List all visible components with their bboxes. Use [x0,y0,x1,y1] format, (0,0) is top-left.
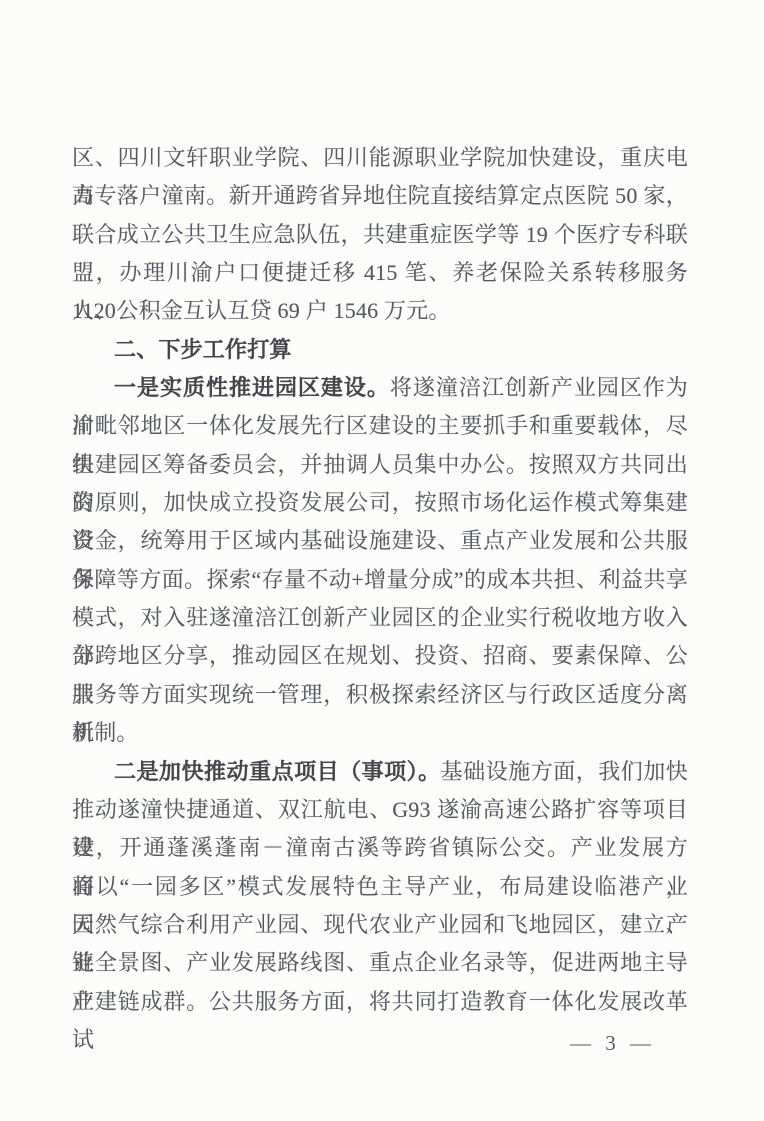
text-line: 机制。 [72,714,688,752]
text-line: 人、公积金互认互贷 69 户 1546 万元。 [72,292,688,330]
document-body: 区、四川文轩职业学院、四川能源职业学院加快建设，重庆电力高专落户潼南。新开通跨省… [72,139,688,1021]
text-line: 天然气综合利用产业园、现代农业产业园和飞地园区，建立产业 [72,906,688,944]
bold-lead-in: 二是加快推动重点项目（事项）。 [114,759,441,784]
document-page: 区、四川文轩职业学院、四川能源职业学院加快建设，重庆电力高专落户潼南。新开通跨省… [0,0,764,1121]
text-line: 将以“一园多区”模式发展特色主导产业，布局建设临港产业园、 [72,868,688,906]
text-line: 服务等方面实现统一管理，积极探索经济区与行政区适度分离新 [72,676,688,714]
text-line: 链全景图、产业发展路线图、重点企业名录等，促进两地主导产 [72,944,688,982]
text-line: 二是加快推动重点项目（事项）。基础设施方面，我们加快 [72,753,688,791]
text-segment: 高专落户潼南。新开通跨省异地住院直接结算定点医院 50 家， [72,183,688,208]
bold-lead-in: 一是实质性推进园区建设。 [114,375,390,400]
text-segment: 基础设施方面，我们加快 [441,759,688,784]
text-line: 高专落户潼南。新开通跨省异地住院直接结算定点医院 50 家， [72,177,688,215]
text-segment: 联合成立公共卫生应急队伍，共建重症医学等 19 个医疗专科联 [72,222,688,247]
text-segment: 人、公积金互认互贷 69 户 1546 万元。 [72,298,451,323]
text-line: 的原则，加快成立投资发展公司，按照市场化运作模式筹集建设 [72,484,688,522]
text-line: 一是实质性推进园区建设。将遂潼涪江创新产业园区作为川 [72,369,688,407]
bold-lead-in: 二、下步工作打算 [114,337,292,362]
text-line: 推动遂潼快捷通道、双江航电、G93 遂渝高速公路扩容等项目建 [72,791,688,829]
text-line: 组建园区筹备委员会，并抽调人员集中办公。按照双方共同出资 [72,446,688,484]
text-line: 联合成立公共卫生应急队伍，共建重症医学等 19 个医疗专科联 [72,216,688,254]
page-number: — 3 — [570,1031,652,1055]
text-line: 分跨地区分享，推动园区在规划、投资、招商、要素保障、公共 [72,637,688,675]
text-line: 业建链成群。公共服务方面，将共同打造教育一体化发展改革试 [72,983,688,1021]
text-line: 保障等方面。探索“存量不动+增量分成”的成本共担、利益共享 [72,561,688,599]
text-line: 设，开通蓬溪蓬南－潼南古溪等跨省镇际公交。产业发展方面， [72,829,688,867]
text-line: 资金，统筹用于区域内基础设施建设、重点产业发展和公共服务 [72,522,688,560]
text-segment: 保障等方面。探索“存量不动+增量分成”的成本共担、利益共享 [72,567,688,592]
text-segment: 机制。 [72,720,139,745]
text-line: 模式，对入驻遂潼涪江创新产业园区的企业实行税收地方收入部 [72,599,688,637]
text-line: 渝毗邻地区一体化发展先行区建设的主要抓手和重要载体，尽快 [72,407,688,445]
section-heading: 二、下步工作打算 [72,331,688,369]
text-line: 盟，办理川渝户口便捷迁移 415 笔、养老保险关系转移服务 1120 [72,254,688,292]
text-line: 区、四川文轩职业学院、四川能源职业学院加快建设，重庆电力 [72,139,688,177]
